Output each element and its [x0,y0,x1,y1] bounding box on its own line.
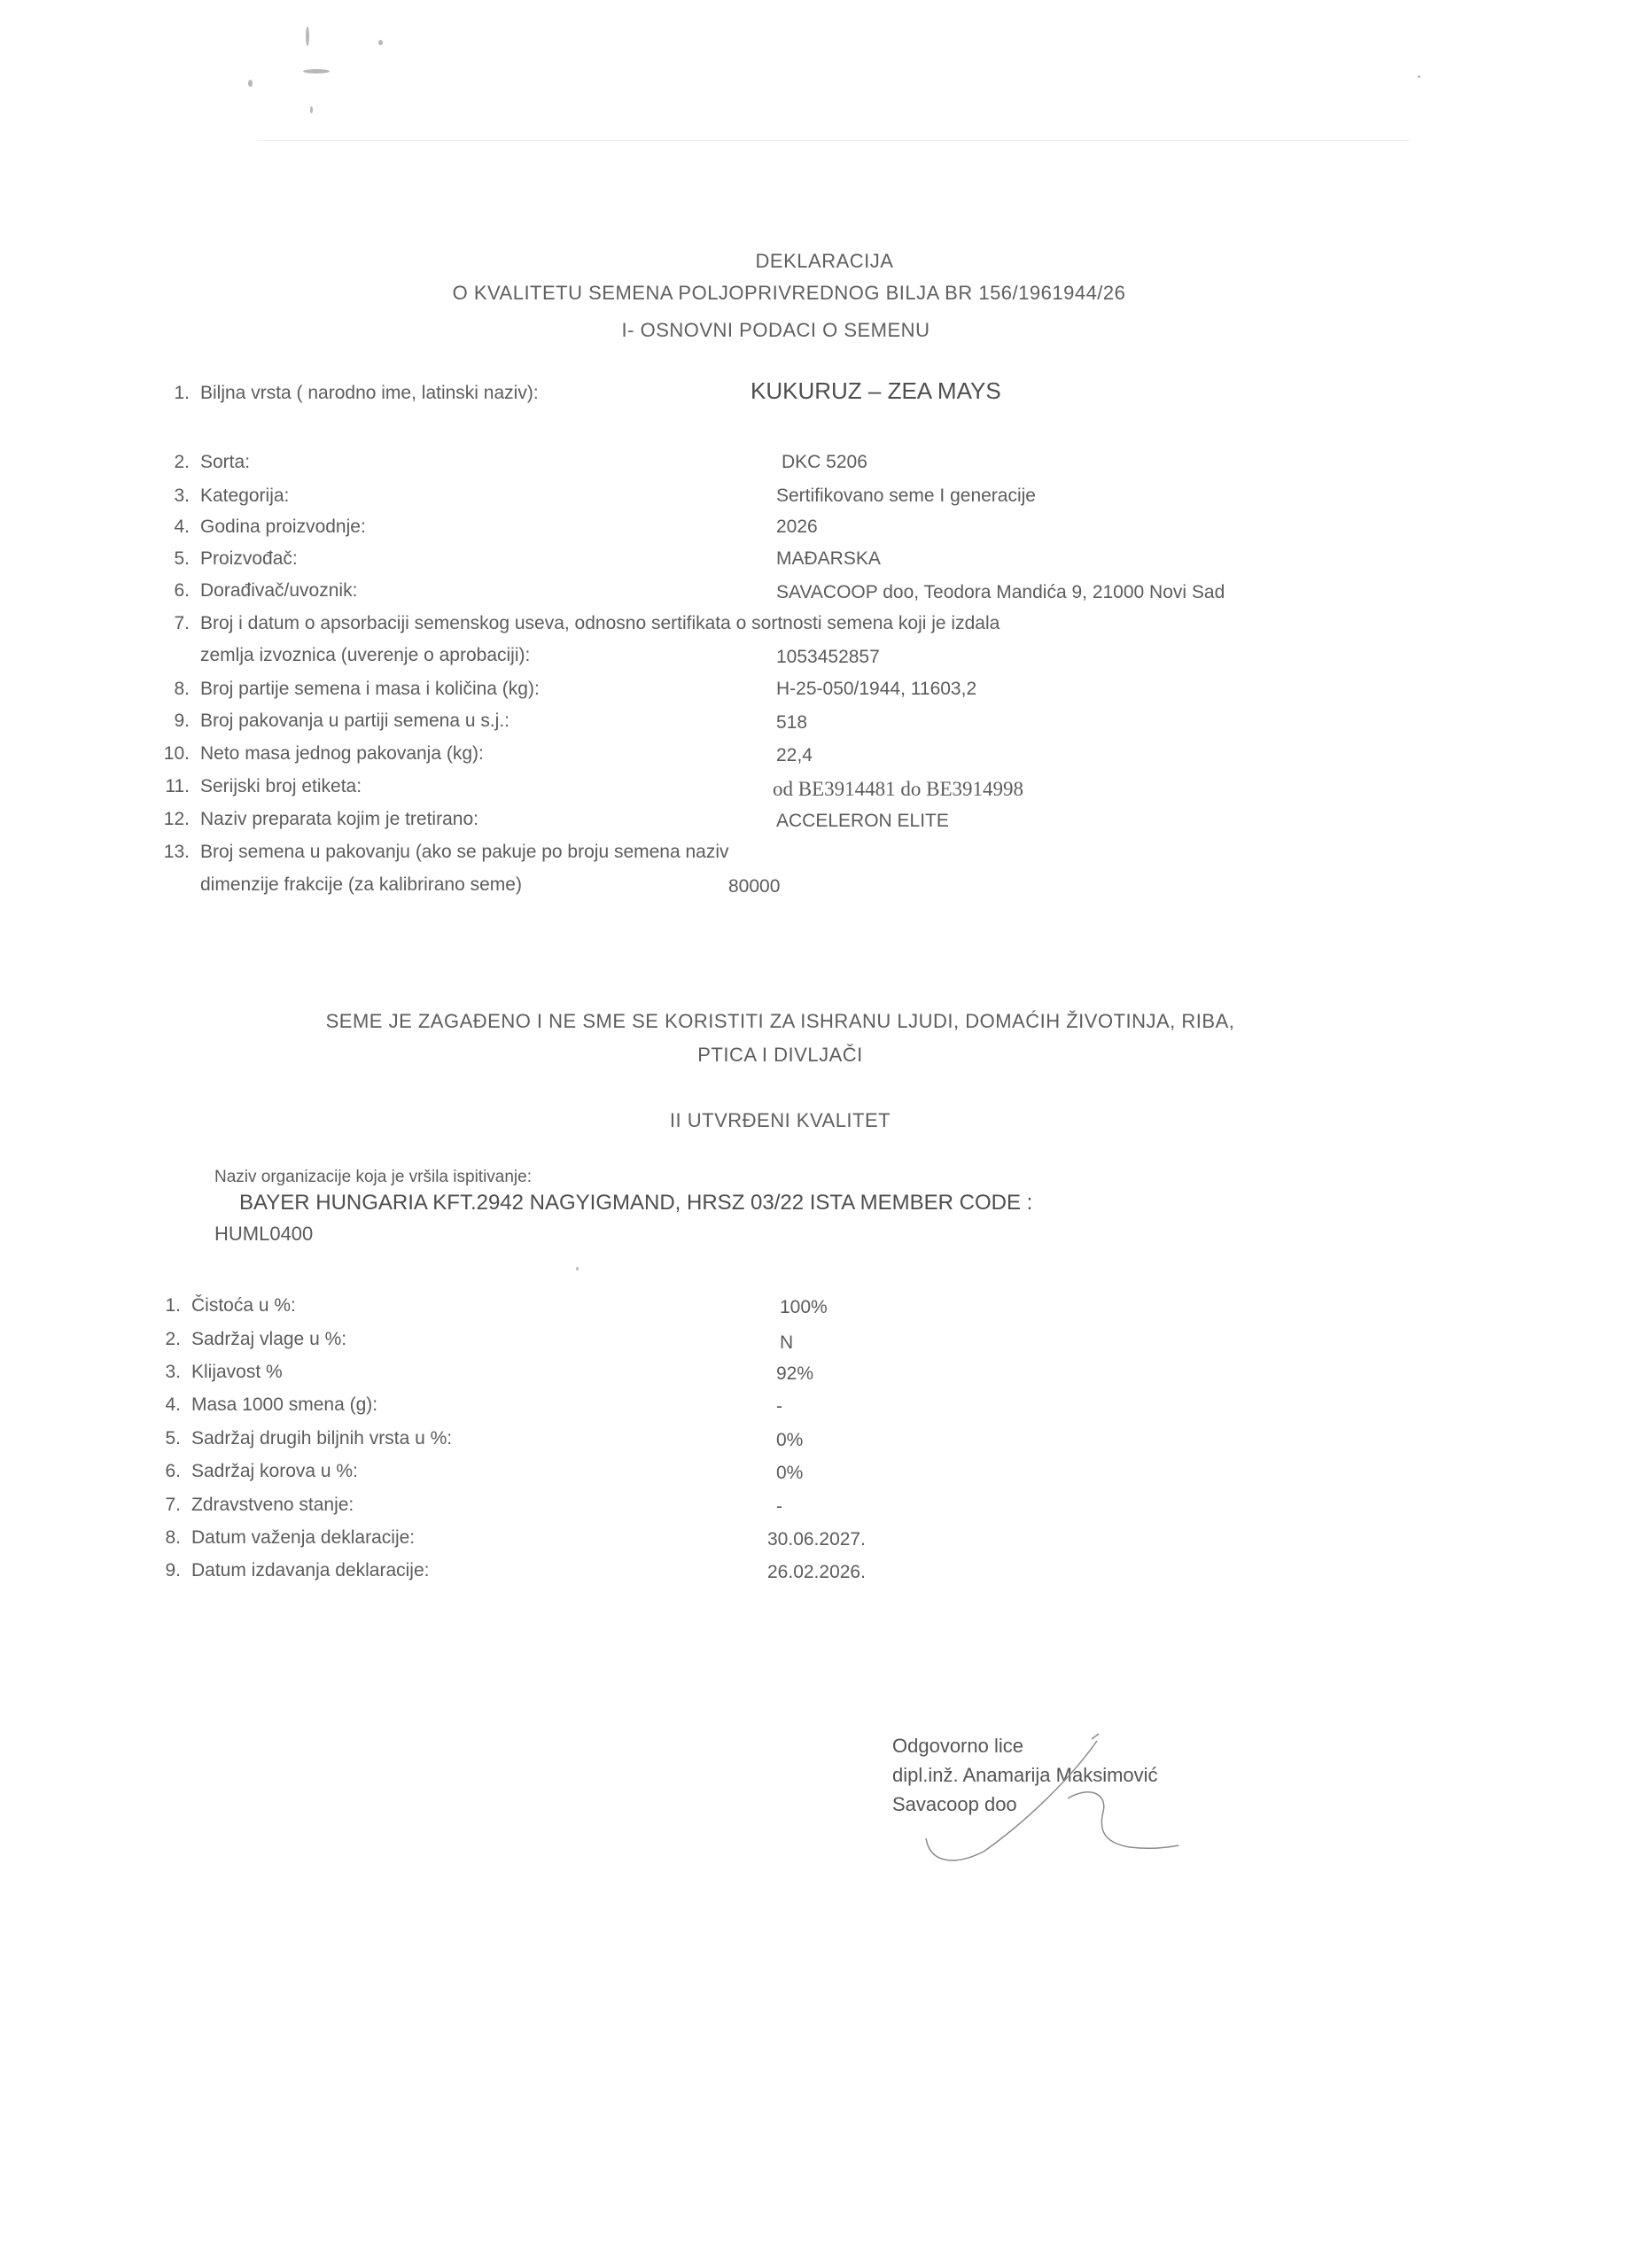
field-label-continued: zemlja izvoznica (uverenje o aprobaciji)… [200,645,530,666]
field-label: Datum važenja deklaracije: [191,1527,415,1548]
field-label: Masa 1000 smena (g): [191,1394,377,1415]
field-value: 26.02.2026. [767,1562,866,1583]
field-value: 80000 [728,876,780,897]
field-label-continued: dimenzije frakcije (za kalibrirano seme) [200,874,522,896]
field-value: 1053452857 [776,647,880,668]
field-label: Sorta: [200,452,250,472]
field-label: Kategorija: [200,485,289,506]
testing-org-label: Naziv organizacije koja je vršila ispiti… [214,1168,532,1187]
field-label: Godina proizvodnje: [200,517,366,537]
field-label: Neto masa jednog pakovanja (kg): [200,743,484,764]
field-value: 0% [776,1430,803,1451]
field-value: - [776,1396,782,1417]
field-value: 100% [780,1297,828,1318]
document-subtitle: O KVALITETU SEMENA POLJOPRIVREDNOG BILJA… [0,282,1614,305]
field-value: 22,4 [776,745,813,766]
field-label: Datum izdavanja deklaracije: [191,1560,429,1581]
field-value: DKC 5206 [782,452,867,473]
testing-org-code: HUML0400 [214,1223,313,1246]
field-value: 518 [776,712,807,734]
field-value: MAĐARSKA [776,548,881,570]
contamination-warning-line1: SEME JE ZAGAĐENO I NE SME SE KORISTITI Z… [0,1010,1605,1033]
field-value: KUKURUZ – ZEA MAYS [751,377,1001,405]
section-quality-title: II UTVRĐENI KVALITET [0,1109,1605,1132]
field-value: od BE3914481 do BE3914998 [773,778,1023,801]
field-label: Zdravstveno stanje: [191,1495,354,1515]
field-label: Broj partije semena i masa i količina (k… [200,679,540,699]
handwritten-signature-icon [886,1723,1258,1883]
field-label: Klijavost % [191,1362,283,1382]
field-label: Sadržaj vlage u %: [191,1329,346,1349]
field-label: Naziv preparata kojim je tretirano: [200,809,478,829]
field-label: Proizvođač: [200,548,298,569]
field-value: 2026 [776,517,818,538]
field-value: SAVACOOP doo, Teodora Mandića 9, 21000 N… [776,582,1225,603]
document-title: DEKLARACIJA [0,250,1649,273]
field-label: Broj semena u pakovanju (ako se pakuje p… [200,842,729,862]
field-label: Broj i datum o apsorbaciji semenskog use… [200,613,1000,633]
section-basic-data-title: I- OSNOVNI PODACI O SEMENU [0,319,1600,342]
field-label: Broj pakovanja u partiji semena u s.j.: [200,711,509,731]
field-value: H-25-050/1944, 11603,2 [776,679,976,700]
field-value: 30.06.2027. [767,1529,866,1550]
contamination-warning-line2: PTICA I DIVLJAČI [0,1044,1605,1067]
field-label: Čistoća u %: [191,1295,296,1316]
field-label: Sadržaj korova u %: [191,1461,358,1481]
field-value: N [780,1332,793,1354]
field-label: Sadržaj drugih biljnih vrsta u %: [191,1428,452,1449]
testing-org-name: BAYER HUNGARIA KFT.2942 NAGYIGMAND, HRSZ… [239,1191,1032,1216]
field-value: ACCELERON ELITE [776,811,949,832]
field-value: 92% [776,1363,813,1385]
field-value: 0% [776,1463,803,1484]
field-value: Sertifikovano seme I generacije [776,485,1036,507]
field-value: - [776,1496,782,1518]
field-label: Serijski broj etiketa: [200,776,362,796]
field-label: Biljna vrsta ( narodno ime, latinski naz… [200,383,539,403]
field-label: Dorađivač/uvoznik: [200,580,357,601]
